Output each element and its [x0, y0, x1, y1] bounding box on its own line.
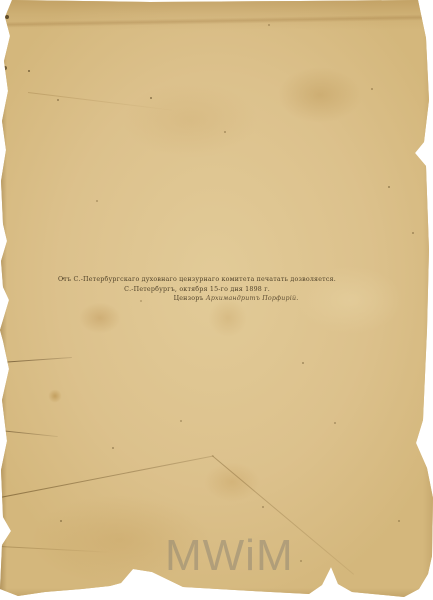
scan-canvas: * Отъ С.-Петербургскаго духовнаго цензур…: [0, 0, 433, 600]
foxing-specks: [0, 0, 2, 2]
paper-crease-topleft: [28, 92, 177, 111]
stamp-line-censor: Цензоръ Архимандритъ Порфирій.: [75, 294, 397, 304]
stamp-line-permission: Отъ С.-Петербургскаго духовнаго цензурна…: [36, 275, 358, 285]
censor-stamp: * Отъ С.-Петербургскаго духовнаго цензур…: [36, 275, 358, 304]
paper-sheet: * Отъ С.-Петербургскаго духовнаго цензур…: [0, 0, 433, 600]
paper-crack-left-upper: [0, 357, 72, 363]
paper-crease-top: [0, 14, 433, 28]
footnote-mark: *: [62, 276, 65, 286]
censor-name: Архимандритъ Порфирій.: [206, 295, 299, 302]
paper-crease-bottom-short: [0, 546, 110, 553]
paper-crease-bottomleft: [0, 455, 214, 498]
paper-crack-left-lower: [0, 430, 58, 437]
censor-label: Цензоръ: [174, 295, 204, 302]
stamp-line-place-date: С.-Петербургъ, октября 15-го дня 1898 г.: [36, 285, 358, 295]
mwim-watermark: MWiM: [165, 534, 294, 578]
